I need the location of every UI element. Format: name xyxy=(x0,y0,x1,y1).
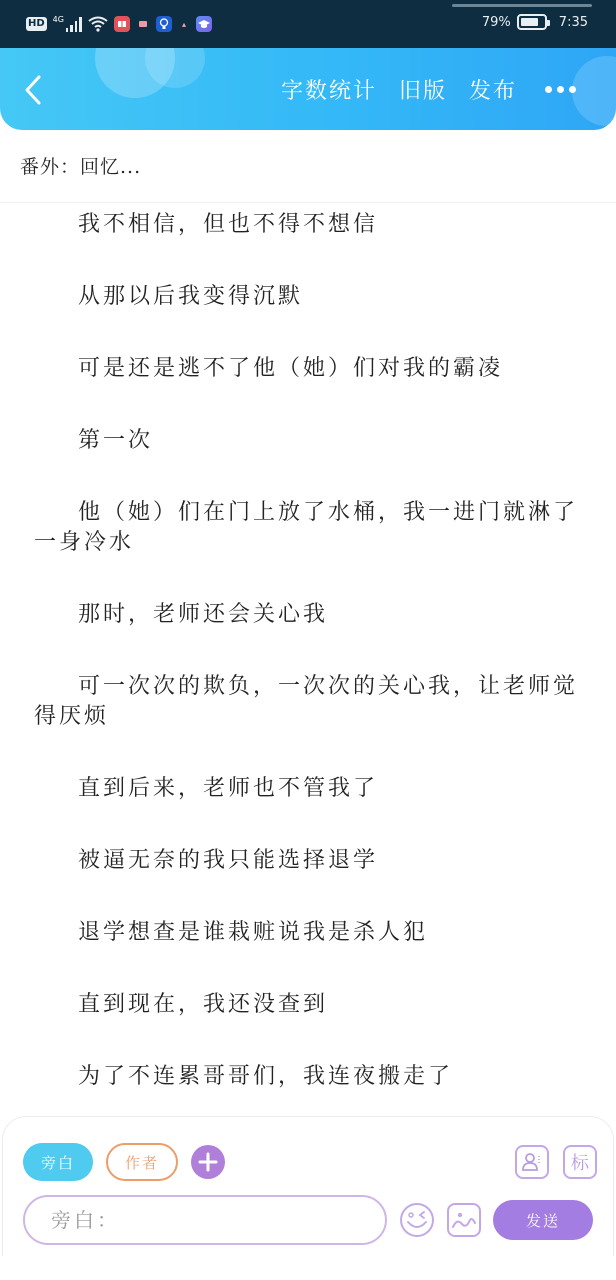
paragraph: 那时，老师还会关心我 xyxy=(34,600,584,630)
decorative-bubble xyxy=(572,56,616,126)
image-icon xyxy=(451,1209,477,1231)
send-button[interactable]: 发送 xyxy=(493,1200,593,1240)
bulb-app-icon xyxy=(156,16,172,32)
paragraph: 被逼无奈的我只能选择退学 xyxy=(34,846,584,876)
network-type-label: 4G xyxy=(53,15,64,24)
status-right: 79% 7:35 xyxy=(482,14,588,30)
paragraph: 可一次次的欺负，一次次的关心我，让老师觉得厌烦 xyxy=(34,672,584,732)
input-row: 发送 xyxy=(23,1195,593,1245)
paragraph: 退学想查是谁栽赃说我是杀人犯 xyxy=(34,918,584,948)
add-role-button[interactable] xyxy=(191,1145,225,1179)
old-version-button[interactable]: 旧版 xyxy=(399,74,447,105)
paragraph: 直到后来，老师也不管我了 xyxy=(34,774,584,804)
more-dots-icon[interactable] xyxy=(545,86,576,93)
battery-percent: 79% xyxy=(482,15,511,30)
bottom-strip xyxy=(0,1256,616,1280)
back-button[interactable] xyxy=(18,72,48,108)
wifi-icon xyxy=(88,16,108,32)
paragraph: 直到现在，我还没查到 xyxy=(34,990,584,1020)
plus-icon xyxy=(198,1152,218,1172)
status-left-icons: HD 4G ▴ xyxy=(26,14,212,34)
paragraph: 他（她）们在门上放了水桶，我一进门就淋了一身冷水 xyxy=(34,498,584,558)
word-count-button[interactable]: 字数统计 xyxy=(281,74,377,105)
image-button[interactable] xyxy=(447,1203,481,1237)
paragraph: 第一次 xyxy=(34,426,584,456)
signal-icon xyxy=(66,16,82,32)
clock: 7:35 xyxy=(559,15,588,30)
message-input[interactable] xyxy=(23,1195,387,1245)
role-selector: 旁白 作者 xyxy=(23,1143,225,1181)
publish-button[interactable]: 发布 xyxy=(469,74,517,105)
chevron-left-icon xyxy=(24,75,42,105)
emoji-icon[interactable] xyxy=(399,1202,435,1238)
editor-header: 字数统计 旧版 发布 xyxy=(0,48,616,130)
composer-tools: 标 xyxy=(515,1145,597,1179)
graduation-app-icon xyxy=(196,16,212,32)
role-narrator-chip[interactable]: 旁白 xyxy=(23,1143,93,1181)
paragraph: 为了不连累哥哥们，我连夜搬走了 xyxy=(34,1062,584,1092)
paragraph: 可是还是逃不了他（她）们对我的霸凌 xyxy=(34,354,584,384)
book-app-icon xyxy=(114,16,130,32)
composer-panel: 旁白 作者 标 xyxy=(2,1116,614,1256)
role-author-chip[interactable]: 作者 xyxy=(106,1143,178,1181)
chapter-content[interactable]: 我不相信，但也不得不想信 从那以后我变得沉默 可是还是逃不了他（她）们对我的霸凌… xyxy=(34,210,584,1092)
chapter-title[interactable]: 番外：回忆... xyxy=(20,152,141,179)
paragraph: 我不相信，但也不得不想信 xyxy=(34,210,584,240)
hd-icon: HD xyxy=(26,17,47,31)
gesture-pill xyxy=(452,4,592,7)
battery-icon xyxy=(517,14,547,30)
paragraph: 从那以后我变得沉默 xyxy=(34,282,584,312)
notification-icon: ▴ xyxy=(180,20,188,28)
notification-icon xyxy=(139,21,147,27)
status-bar: HD 4G ▴ 79% 7:35 xyxy=(0,0,616,48)
contact-card-icon xyxy=(520,1150,544,1174)
tag-button[interactable]: 标 xyxy=(563,1145,597,1179)
divider xyxy=(0,202,616,203)
contact-card-button[interactable] xyxy=(515,1145,549,1179)
header-actions: 字数统计 旧版 发布 xyxy=(281,74,576,105)
